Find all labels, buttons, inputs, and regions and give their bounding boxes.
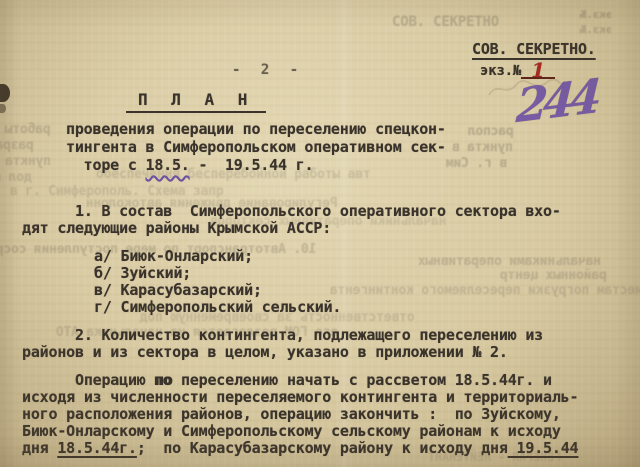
page-number: - 2 -: [232, 62, 304, 78]
district-list: а/ Биюк-Онларский;б/ Зуйский;в/ Карасуба…: [94, 248, 578, 316]
typed-line: Операцию по переселению начать с рассвет…: [22, 372, 578, 389]
typed-line: тингента в Симферопольском оперативном с…: [66, 138, 446, 156]
document-title: П Л А Н: [126, 90, 266, 113]
para-contingent-count: 2. Количество контингента, подлежащего п…: [22, 327, 578, 361]
typed-line: а/ Биюк-Онларский;: [94, 248, 578, 265]
typed-line: дят следующие районы Крымской АССР:: [22, 220, 578, 237]
bleed-through-text: экз.№: [580, 8, 612, 21]
document-subtitle: проведения операции по переселению спецк…: [66, 120, 446, 174]
edge-ink-blot: [0, 84, 10, 102]
bleed-through-text: в г. Сим: [446, 156, 507, 171]
para-operation-schedule: Операцию по переселению начать с рассвет…: [22, 372, 578, 457]
typed-line: 1. В состав Симферопольского оперативног…: [22, 203, 578, 220]
classification-stamp: СОВ. СЕКРЕТНО.: [472, 40, 596, 58]
typed-line: 2. Количество контингента, подлежащего п…: [22, 327, 578, 344]
typed-line: торе с 18.5. - 19.5.44 г.: [66, 156, 446, 174]
para-sector-districts: 1. В состав Симферопольского оперативног…: [22, 203, 578, 237]
typed-line: г/ Симферопольский сельский.: [94, 299, 578, 316]
typed-line: районов и из сектора в целом, указано в …: [22, 344, 578, 361]
bleed-through-text: пункта н: [0, 154, 51, 169]
bleed-through-text: разраб: [0, 138, 34, 153]
handwritten-archive-mark: 244: [515, 69, 598, 134]
typed-line: исходя из численности переселяемого конт…: [22, 389, 578, 406]
bleed-through-text: дол вм: [0, 170, 32, 185]
typed-line: ного расположения районов, операцию зако…: [22, 406, 578, 423]
typed-line: проведения операции по переселению спецк…: [66, 120, 446, 138]
typed-line: Биюк-Онларскому и Симферопольскому сельс…: [22, 423, 578, 440]
typed-line: б/ Зуйский;: [94, 265, 578, 282]
document-body: 1. В состав Симферопольского оперативног…: [22, 203, 578, 467]
typed-line: дня 18.5.44г.; по Карасубазарскому район…: [22, 440, 578, 457]
bleed-through-text: пункта в: [452, 140, 513, 155]
bleed-through-text: распол: [468, 124, 514, 139]
typed-line: в/ Карасубазарский;: [94, 282, 578, 299]
bleed-through-text: СОВ. СЕКРЕТНО: [392, 14, 499, 30]
bleed-through-text: в г. Симферополь. Схема запр: [10, 184, 224, 199]
bleed-through-text: экз.№: [580, 23, 612, 36]
document-page: СОВ. СЕКРЕТНОэкз.№экз.№работы втразрабпу…: [0, 0, 640, 467]
edge-ink-blot-small: [0, 104, 6, 113]
bleed-through-text: работы вт: [0, 122, 51, 137]
